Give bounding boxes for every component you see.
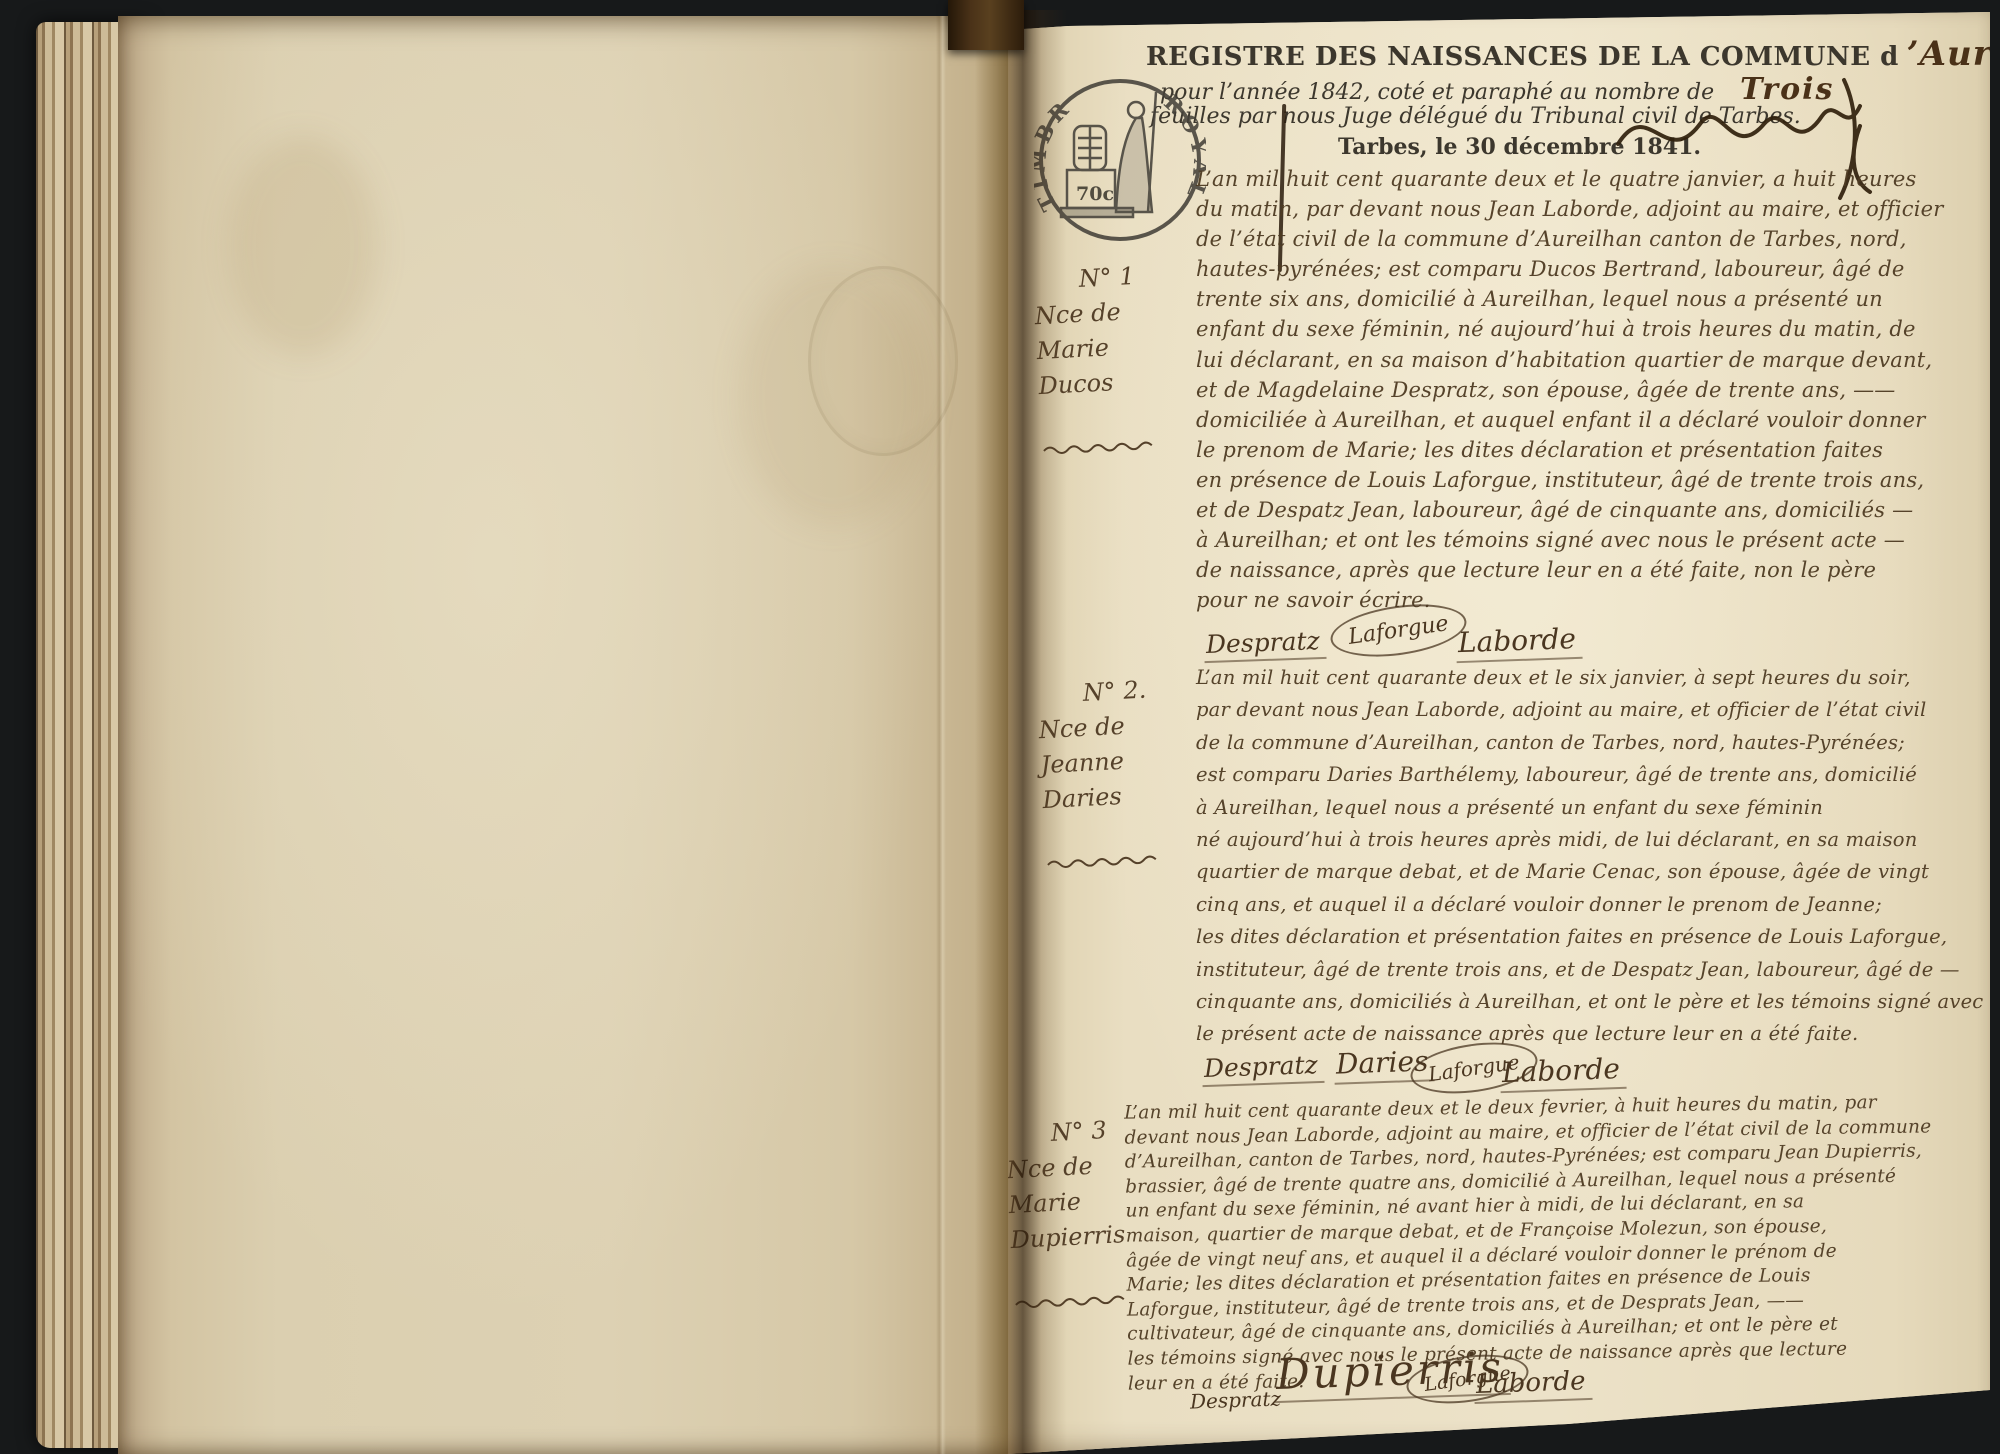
signature: Despratz	[1201, 1050, 1324, 1087]
margin-note-text: N° 1 Nce de Marie Ducos	[1034, 262, 1135, 400]
page-crease	[936, 16, 946, 1454]
birth-act-2-text: L’an mil huit cent quarante deux et le s…	[1196, 662, 2000, 1051]
embossed-blind-stamp	[808, 266, 958, 456]
svg-text:TIMBRE: TIMBRE	[1034, 74, 1077, 215]
margin-note-text: N° 2. Nce de Jeanne Daries	[1038, 676, 1147, 815]
birth-act-3-text: L’an mil huit cent quarante deux et le d…	[1124, 1090, 1935, 1396]
signature: Laborde	[1473, 1366, 1592, 1404]
flourish	[1014, 1291, 1134, 1309]
signature: Despratz	[1188, 1386, 1288, 1415]
margin-note-entry-2: N° 2. Nce de Jeanne Daries	[1034, 637, 1169, 939]
paper-stain	[228, 136, 378, 356]
revenue-stamp: TIMBRE ROYAL. 70c	[1034, 74, 1206, 246]
flourish	[1042, 437, 1162, 455]
stamp-left-text: TIMBRE	[1034, 74, 1077, 215]
margin-note-entry-1: N° 1 Nce de Marie Ducos	[1030, 223, 1165, 525]
right-register-page: REGISTRE DES NAISSANCES DE LA COMMUNE d’…	[1008, 0, 1990, 1454]
left-blank-page	[118, 16, 1010, 1454]
signature: Laborde	[1455, 622, 1582, 663]
flourish	[1046, 851, 1166, 869]
commune-name-handwritten: ’Aureillan	[1907, 34, 2000, 74]
signature: Laborde	[1499, 1052, 1626, 1093]
margin-note-entry-3: N° 3 Nce de Marie Dupierris	[1002, 1077, 1137, 1379]
spine-strap	[948, 0, 1024, 50]
stamp-value: 70c	[1076, 183, 1114, 205]
birth-act-1-text: L’an mil huit cent quarante deux et le q…	[1196, 164, 1944, 615]
signature: Despratz	[1203, 626, 1326, 663]
margin-note-text: N° 3 Nce de Marie Dupierris	[1006, 1116, 1126, 1254]
